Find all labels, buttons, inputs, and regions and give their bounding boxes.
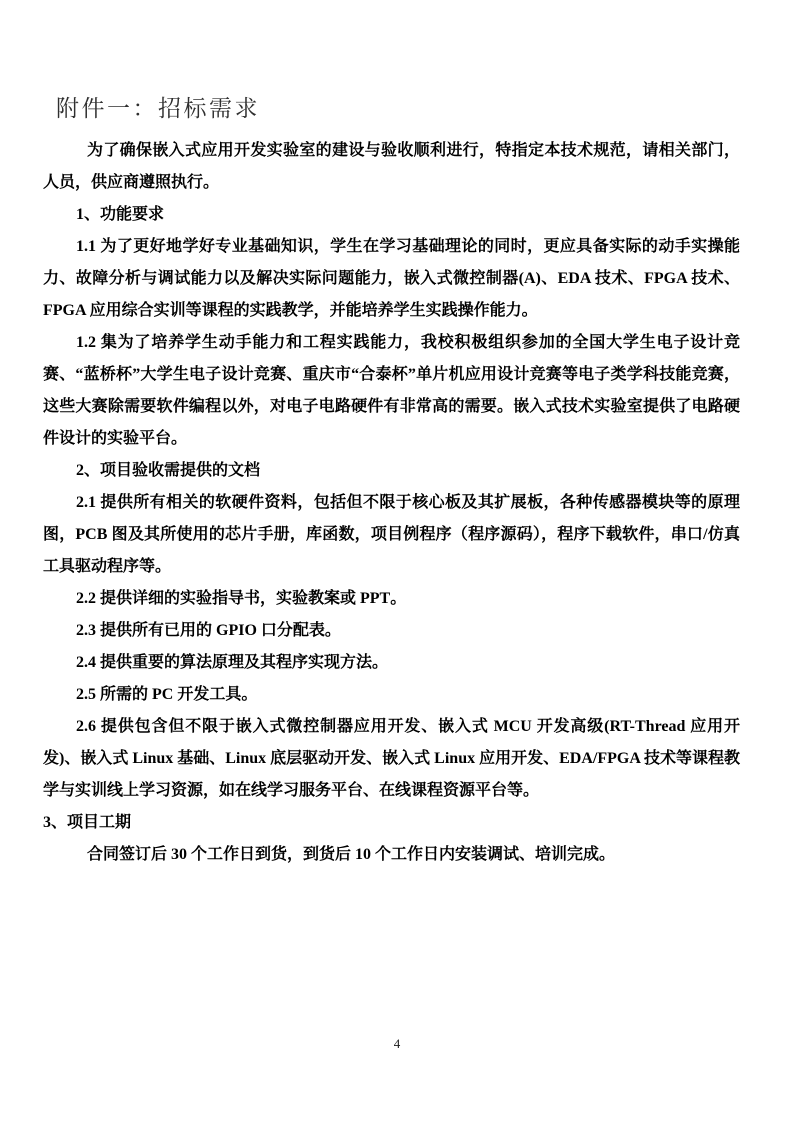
page-number: 4 — [0, 1035, 794, 1053]
paragraph-2-6: 2.6 提供包含但不限于嵌入式微控制器应用开发、嵌入式 MCU 开发高级(RT-… — [43, 711, 740, 807]
paragraph-2-5: 2.5 所需的 PC 开发工具。 — [43, 679, 740, 711]
paragraph-2-3: 2.3 提供所有已用的 GPIO 口分配表。 — [43, 615, 740, 647]
attachment-title: 附件一：招标需求 — [56, 93, 260, 125]
section-heading-1: 1、功能要求 — [43, 199, 740, 231]
paragraph-intro: 为了确保嵌入式应用开发实验室的建设与验收顺利进行，特指定本技术规范，请相关部门，… — [43, 135, 740, 199]
paragraph-2-4: 2.4 提供重要的算法原理及其程序实现方法。 — [43, 647, 740, 679]
paragraph-1-2: 1.2 集为了培养学生动手能力和工程实践能力，我校积极组织参加的全国大学生电子设… — [43, 327, 740, 455]
paragraph-1-1: 1.1 为了更好地学好专业基础知识，学生在学习基础理论的同时，更应具备实际的动手… — [43, 231, 740, 327]
section-heading-2: 2、项目验收需提供的文档 — [43, 455, 740, 487]
document-body: 为了确保嵌入式应用开发实验室的建设与验收顺利进行，特指定本技术规范，请相关部门，… — [43, 135, 740, 871]
section-heading-3: 3、项目工期 — [43, 807, 740, 839]
paragraph-3-1: 合同签订后 30 个工作日到货，到货后 10 个工作日内安装调试、培训完成。 — [43, 839, 740, 871]
paragraph-2-2: 2.2 提供详细的实验指导书，实验教案或 PPT。 — [43, 583, 740, 615]
paragraph-2-1: 2.1 提供所有相关的软硬件资料，包括但不限于核心板及其扩展板，各种传感器模块等… — [43, 487, 740, 583]
document-page: 附件一：招标需求 为了确保嵌入式应用开发实验室的建设与验收顺利进行，特指定本技术… — [0, 0, 794, 1122]
